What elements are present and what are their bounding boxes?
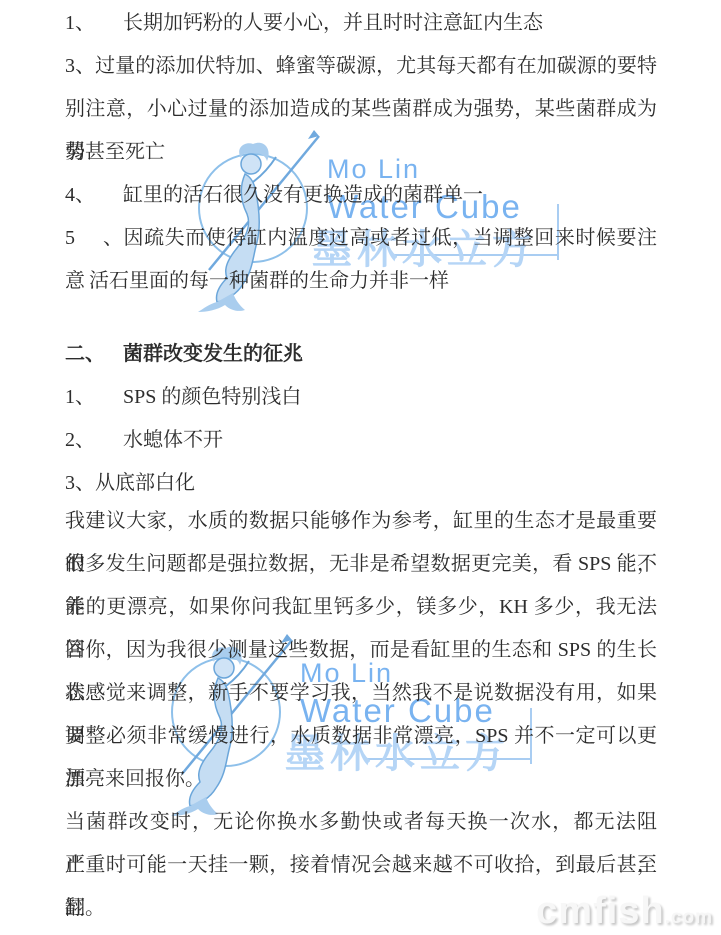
paragraph-line: 我建议大家，水质的数据只能够作为参考，缸里的生态才是最重要的，: [65, 500, 657, 543]
paragraph-line: 很多发生问题都是强拉数据，无非是希望数据更完美，看 SPS 能不能: [65, 543, 657, 586]
line-text: 势甚至死亡: [65, 141, 165, 163]
list-marker: 2、: [65, 419, 123, 462]
paragraph-line: 活石里面的每一种菌群的生命力并非一样: [65, 260, 657, 303]
document-body: 1、长期加钙粉的人要小心，并且时时注意缸内生态 3、过量的添加伏特加、蜂蜜等碳源…: [65, 2, 657, 930]
line-text: 缸里的活石很久没有更换造成的菌群单一: [123, 184, 483, 206]
cmfish-domain-text: .com: [665, 907, 713, 928]
document-page: Mo Lin Water Cube 墨林水立方 Mo Lin Water Cub…: [0, 0, 721, 935]
list-item: 1、SPS 的颜色特别浅白: [65, 376, 657, 419]
paragraph-line: 漂亮来回报你。: [65, 758, 657, 801]
line-text: SPS 的颜色特别浅白: [123, 386, 301, 408]
line-text: 缸。: [65, 897, 105, 919]
paragraph-line: 答你，因为我很少测量这些数据，而是看缸里的生态和 SPS 的生长状: [65, 629, 657, 672]
list-item: 4、缸里的活石很久没有更换造成的菌群单一: [65, 174, 657, 217]
paragraph-line: 缸。: [65, 887, 657, 930]
line-text: 活石里面的每一种菌群的生命力并非一样: [89, 270, 449, 292]
paragraph-line: 势甚至死亡: [65, 131, 657, 174]
line-text: 长期加钙粉的人要小心，并且时时注意缸内生态: [123, 12, 543, 34]
paragraph-line: 调整必须非常缓慢进行，水质数据非常漂亮，SPS 并不一定可以更加: [65, 715, 657, 758]
list-item: 5、因疏失而使得缸内温度过高或者过低，当调整回来时候要注意: [65, 217, 657, 260]
heading-marker: 二、: [65, 333, 123, 376]
list-item: 2、水螅体不开: [65, 419, 657, 462]
line-text: 水螅体不开: [123, 429, 223, 451]
heading-text: 菌群改变发生的征兆: [123, 343, 303, 365]
list-marker: 5、: [65, 217, 123, 260]
list-marker: 1、: [65, 376, 123, 419]
paragraph-line: 态感觉来调整，新手不要学习我，当然我不是说数据没有用，如果要: [65, 672, 657, 715]
paragraph-line: 别注意，小心过量的添加造成的某些菌群成为强势，某些菌群成为弱: [65, 88, 657, 131]
paragraph-line: 严重时可能一天挂一颗，接着情况会越来越不可收拾，到最后甚至翻: [65, 844, 657, 887]
line-text: 3、过量的添加伏特加、蜂蜜等碳源，尤其每天都有在加碳源的要特: [65, 55, 657, 77]
paragraph-line: 当菌群改变时，无论你换水多勤快或者每天换一次水，都无法阻止，: [65, 801, 657, 844]
paragraph-line: 养的更漂亮，如果你问我缸里钙多少，镁多少，KH 多少，我无法回: [65, 586, 657, 629]
list-item: 3、从底部白化: [65, 462, 657, 505]
section-heading: 二、菌群改变发生的征兆: [65, 333, 657, 376]
list-item: 1、长期加钙粉的人要小心，并且时时注意缸内生态: [65, 2, 657, 45]
list-marker: 4、: [65, 174, 123, 217]
list-item: 3、过量的添加伏特加、蜂蜜等碳源，尤其每天都有在加碳源的要特: [65, 45, 657, 88]
list-marker: 1、: [65, 2, 123, 45]
line-text: 3、从底部白化: [65, 472, 195, 494]
line-text: 漂亮来回报你。: [65, 768, 205, 790]
